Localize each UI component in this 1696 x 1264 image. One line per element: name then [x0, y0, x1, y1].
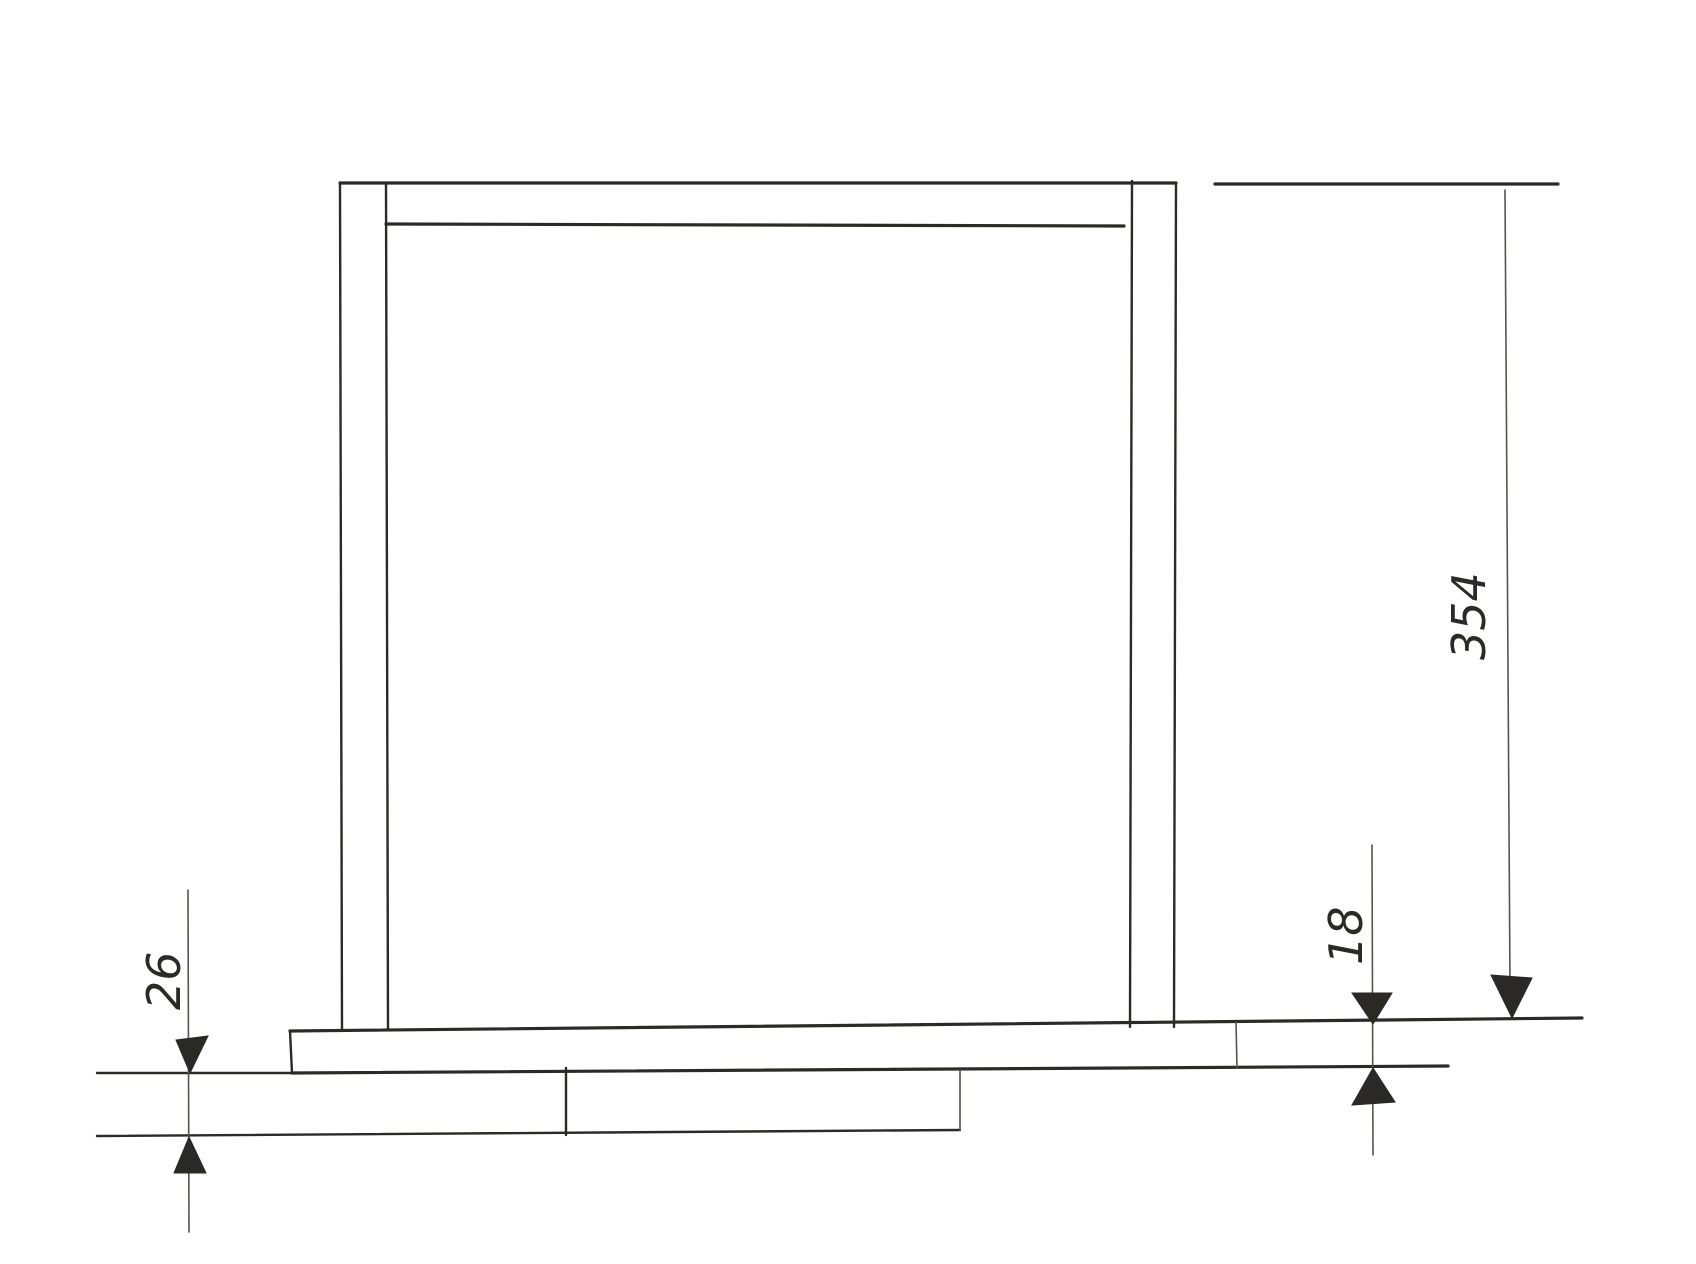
- frame: [340, 181, 1176, 1030]
- frame-top-rail-inner-edge: [386, 224, 1124, 226]
- dimension-sill-thickness: 18: [1319, 845, 1395, 1155]
- dimension-overall-height: 354: [1215, 184, 1558, 1018]
- left-post-inner: [386, 183, 388, 1030]
- left-post-outer: [340, 183, 342, 1030]
- arrow-down-icon: [176, 1036, 208, 1073]
- sill-board: [290, 1018, 1582, 1073]
- technical-drawing: 354 18 26: [0, 0, 1696, 1264]
- lower-step: [97, 1068, 960, 1136]
- arrow-up-icon: [174, 1137, 206, 1173]
- dimension-label-18: 18: [1319, 906, 1373, 965]
- sill-bottom-edge: [292, 1066, 1448, 1073]
- sill-right-end: [1236, 1022, 1237, 1068]
- step-bottom-edge: [97, 1130, 960, 1136]
- dimension-line-354: [1505, 190, 1510, 985]
- right-post-outer: [1174, 183, 1176, 1027]
- sill-top-edge: [290, 1018, 1582, 1031]
- arrow-up-icon: [1352, 1068, 1395, 1105]
- right-post-inner: [1130, 181, 1132, 1027]
- dimension-label-354: 354: [1442, 572, 1496, 660]
- arrow-down-icon: [1491, 975, 1532, 1018]
- dimension-step-height: 26: [137, 890, 208, 1232]
- sill-left-end: [290, 1031, 292, 1073]
- dimension-label-26: 26: [137, 951, 191, 1010]
